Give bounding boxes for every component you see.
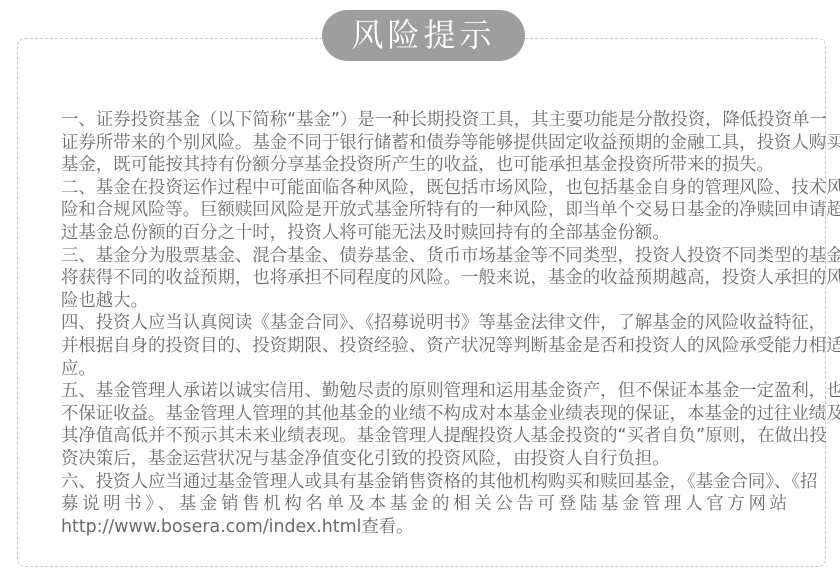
text-line: 一、证券投资基金（以下简称“基金”）是一种长期投资工具，其主要功能是分散投资，降… [61,109,791,132]
text-line: 不保证收益。基金管理人管理的其他基金的业绩不构成对本基金业绩表现的保证，本基金的… [61,403,791,426]
text-line: 募说明书》、基金销售机构名单及本基金的相关公告可登陆基金管理人官方网站 [61,493,787,516]
text-line: 并根据自身的投资目的、投资期限、投资经验、资产状况等判断基金是否和投资人的风险承… [61,335,791,358]
text-line: 应。 [61,358,791,381]
paragraph-6: 六、投资人应当通过基金管理人或具有基金销售资格的其他机构购买和赎回基金，《基金合… [61,471,791,539]
paragraph-2: 二、基金在投资运作过程中可能面临各种风险，既包括市场风险，也包括基金自身的管理风… [61,177,791,245]
risk-disclosure-body: 一、证券投资基金（以下简称“基金”）是一种长期投资工具，其主要功能是分散投资，降… [61,109,791,538]
page-title: 风险提示 [322,10,525,61]
paragraph-3: 三、基金分为股票基金、混合基金、债券基金、货币市场基金等不同类型，投资人投资不同… [61,245,791,313]
text-line: 证券所带来的个别风险。基金不同于银行储蓄和债券等能够提供固定收益预期的金融工具，… [61,132,791,155]
text-line: 过基金总份额的百分之十时，投资人将可能无法及时赎回持有的全部基金份额。 [61,222,791,245]
text-line: 险也越大。 [61,290,791,313]
text-line: 基金，既可能按其持有份额分享基金投资所产生的收益，也可能承担基金投资所带来的损失… [61,154,791,177]
text-line: 五、基金管理人承诺以诚实信用、勤勉尽责的原则管理和运用基金资产，但不保证本基金一… [61,380,791,403]
text-line: 二、基金在投资运作过程中可能面临各种风险，既包括市场风险，也包括基金自身的管理风… [61,177,791,200]
paragraph-4: 四、投资人应当认真阅读《基金合同》、《招募说明书》等基金法律文件，了解基金的风险… [61,312,791,380]
paragraph-5: 五、基金管理人承诺以诚实信用、勤勉尽责的原则管理和运用基金资产，但不保证本基金一… [61,380,791,470]
paragraph-1: 一、证券投资基金（以下简称“基金”）是一种长期投资工具，其主要功能是分散投资，降… [61,109,791,177]
text-line: 将获得不同的收益预期，也将承担不同程度的风险。一般来说，基金的收益预期越高，投资… [61,267,791,290]
text-line: 四、投资人应当认真阅读《基金合同》、《招募说明书》等基金法律文件，了解基金的风险… [61,312,791,335]
website-link-line: http://www.bosera.com/index.html查看。 [61,516,791,539]
text-line: 三、基金分为股票基金、混合基金、债券基金、货币市场基金等不同类型，投资人投资不同… [61,245,791,268]
text-line: 其净值高低并不预示其未来业绩表现。基金管理人提醒投资人基金投资的“买者自负”原则… [61,425,791,448]
text-line: 资决策后，基金运营状况与基金净值变化引致的投资风险，由投资人自行负担。 [61,448,791,471]
text-line: 险和合规风险等。巨额赎回风险是开放式基金所特有的一种风险，即当单个交易日基金的净… [61,199,791,222]
text-line: 六、投资人应当通过基金管理人或具有基金销售资格的其他机构购买和赎回基金，《基金合… [61,471,791,494]
